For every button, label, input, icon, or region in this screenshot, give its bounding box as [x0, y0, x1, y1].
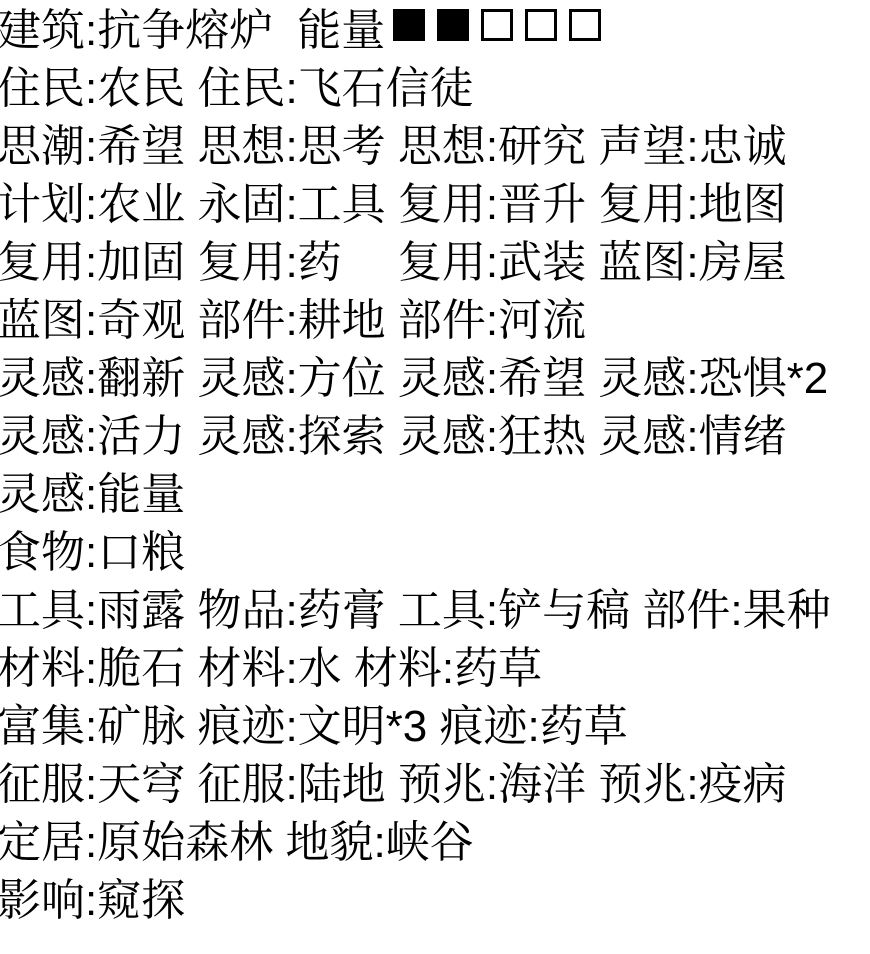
line-text: 思潮:希望 思想:思考 思想:研究 声望:忠诚 [0, 122, 787, 171]
line-text: 住民:农民 住民:飞石信徒 [0, 64, 474, 113]
text-line: 影响:窥探 [0, 872, 867, 930]
line-text: 蓝图:奇观 部件:耕地 部件:河流 [0, 296, 586, 345]
energy-square-empty-icon [525, 9, 557, 41]
energy-square-filled-icon [437, 9, 469, 41]
energy-square-empty-icon [481, 9, 513, 41]
line-text: 定居:原始森林 地貌:峡谷 [0, 818, 474, 867]
line-text: 计划:农业 永固:工具 复用:晋升 复用:地图 [0, 180, 787, 229]
text-line: 定居:原始森林 地貌:峡谷 [0, 814, 867, 872]
text-line: 征服:天穹 征服:陆地 预兆:海洋 预兆:疫病 [0, 756, 867, 814]
text-line: 思潮:希望 思想:思考 思想:研究 声望:忠诚 [0, 118, 867, 176]
text-line: 建筑:抗争熔炉能量 [0, 2, 867, 60]
text-line: 计划:农业 永固:工具 复用:晋升 复用:地图 [0, 176, 867, 234]
line-text: 工具:雨露 物品:药膏 工具:铲与稿 部件:果种 [0, 586, 831, 635]
text-line: 工具:雨露 物品:药膏 工具:铲与稿 部件:果种 [0, 582, 867, 640]
energy-square-empty-icon [569, 9, 601, 41]
energy-label: 能量 [297, 6, 385, 55]
line-text: 复用:加固 复用:药 复用:武装 蓝图:房屋 [0, 238, 787, 287]
text-line: 灵感:翻新 灵感:方位 灵感:希望 灵感:恐惧*2 [0, 350, 867, 408]
text-line: 富集:矿脉 痕迹:文明*3 痕迹:药草 [0, 698, 867, 756]
line-text: 食物:口粮 [0, 528, 185, 577]
line-text: 建筑:抗争熔炉 [0, 6, 273, 55]
line-text: 富集:矿脉 痕迹:文明*3 痕迹:药草 [0, 702, 628, 751]
text-line: 住民:农民 住民:飞石信徒 [0, 60, 867, 118]
text-line: 材料:脆石 材料:水 材料:药草 [0, 640, 867, 698]
text-line: 灵感:活力 灵感:探索 灵感:狂热 灵感:情绪 [0, 408, 867, 466]
text-line: 复用:加固 复用:药 复用:武装 蓝图:房屋 [0, 234, 867, 292]
line-text: 灵感:活力 灵感:探索 灵感:狂热 灵感:情绪 [0, 412, 787, 461]
energy-square-filled-icon [393, 9, 425, 41]
line-text: 材料:脆石 材料:水 材料:药草 [0, 644, 542, 693]
line-text: 灵感:能量 [0, 470, 185, 519]
line-text: 灵感:翻新 灵感:方位 灵感:希望 灵感:恐惧*2 [0, 354, 828, 403]
text-line: 蓝图:奇观 部件:耕地 部件:河流 [0, 292, 867, 350]
text-line: 灵感:能量 [0, 466, 867, 524]
line-text: 影响:窥探 [0, 876, 185, 925]
token-list-page: 建筑:抗争熔炉能量住民:农民 住民:飞石信徒思潮:希望 思想:思考 思想:研究 … [0, 0, 867, 954]
line-text: 征服:天穹 征服:陆地 预兆:海洋 预兆:疫病 [0, 760, 787, 809]
text-line: 食物:口粮 [0, 524, 867, 582]
token-lines: 建筑:抗争熔炉能量住民:农民 住民:飞石信徒思潮:希望 思想:思考 思想:研究 … [0, 2, 867, 930]
